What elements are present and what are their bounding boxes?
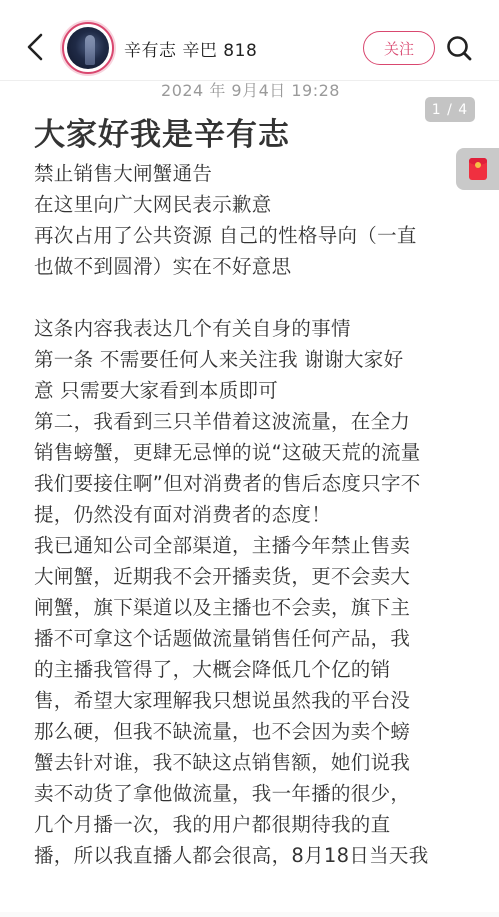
body-line: 第二，我看到三只羊借着这波流量，在全力 [34,406,464,437]
body-line: 那么硬，但我不缺流量，也不会因为卖个螃 [34,716,464,747]
body-line: 再次占用了公共资源 自己的性格导向（一直 [34,220,464,251]
body-line: 播，所以我直播人都会很高，8月18日当天我 [34,840,464,871]
body-line: 这条内容我表达几个有关自身的事情 [34,313,464,344]
body-line: 大闸蟹，近期我不会开播卖货，更不会卖大 [34,561,464,592]
author-name[interactable]: 辛有志 辛巴 818 [124,36,257,61]
body-line: 的主播我管得了，大概会降低几个亿的销 [34,654,464,685]
chevron-left-icon [26,33,44,61]
post-date: 2024 年 9月4日 19:28 [0,78,499,101]
back-button[interactable] [22,32,48,62]
avatar-figure [85,35,95,65]
body-line: 提，仍然没有面对消费者的态度！ [34,499,464,530]
avatar[interactable] [62,22,114,74]
body-line: 蟹去针对谁，我不缺这点销售额，她们说我 [34,747,464,778]
avatar-image [67,27,109,69]
body-line: 我们要接住啊”但对消费者的售后态度只字不 [34,468,464,499]
post-title: 大家好我是辛有志 [34,109,290,154]
body-line: 几个月播一次，我的用户都很期待我的直 [34,809,464,840]
body-line: 我已通知公司全部渠道，主播今年禁止售卖 [34,530,464,561]
body-blank-line [34,282,464,313]
body-line: 第一条 不需要任何人来关注我 谢谢大家好 [34,344,464,375]
post-detail-page: 辛有志 辛巴 818 关注 2024 年 9月4日 19:28 1 / 4 大家… [0,0,499,917]
body-line: 也做不到圆滑）实在不好意思 [34,251,464,282]
post-body: 禁止销售大闸蟹通告 在这里向广大网民表示歉意 再次占用了公共资源 自己的性格导向… [34,158,464,871]
body-line: 销售螃蟹，更肆无忌惮的说“这破天荒的流量 [34,437,464,468]
image-page-indicator: 1 / 4 [425,97,475,122]
body-line: 卖不动货了拿他做流量，我一年播的很少， [34,778,464,809]
body-line: 播不可拿这个话题做流量销售任何产品，我 [34,623,464,654]
body-line: 意 只需要大家看到本质即可 [34,375,464,406]
body-line: 禁止销售大闸蟹通告 [34,158,464,189]
body-line: 在这里向广大网民表示歉意 [34,189,464,220]
search-button[interactable] [445,34,473,62]
bottom-edge [0,912,499,917]
search-icon [446,35,472,61]
body-line: 闸蟹，旗下渠道以及主播也不会卖，旗下主 [34,592,464,623]
red-envelope-icon [469,158,487,180]
body-line: 售，希望大家理解我只想说虽然我的平台没 [34,685,464,716]
follow-button[interactable]: 关注 [363,31,435,65]
post-date-text: 2024 年 9月4日 19:28 [161,81,340,100]
top-nav-bar: 辛有志 辛巴 818 关注 [0,0,499,81]
